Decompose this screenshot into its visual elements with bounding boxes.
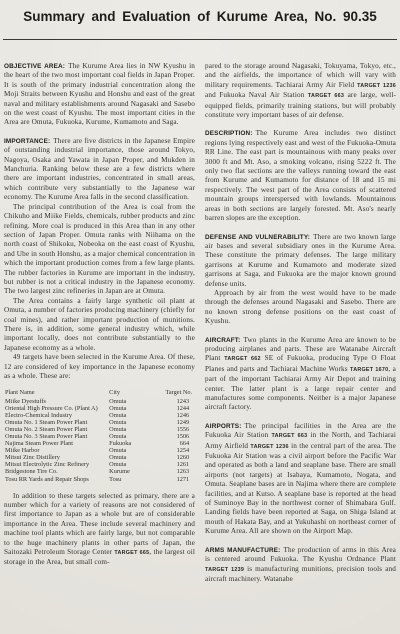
- text-run: in the central part of the area. The Fuk…: [205, 442, 396, 536]
- target-ref: TARGET 663: [271, 433, 307, 439]
- plant-name-cell: Miike Dyestuffs: [5, 398, 109, 405]
- plant-name-cell: Bridgestone Tire Co.: [5, 468, 109, 475]
- plant-name-cell: Omuta No. 2 Steam Power Plant: [5, 426, 109, 433]
- target-no-cell: 1254: [153, 447, 192, 454]
- table-row: Tosu RR Yards and Repair ShopsTosu1271: [5, 476, 192, 483]
- plant-name-cell: Najima Steam Power Plant: [5, 440, 109, 447]
- paragraph: OBJECTIVE AREA:The Kurume Area lies in N…: [4, 62, 195, 128]
- section-label: OBJECTIVE AREA:: [4, 63, 68, 70]
- city-cell: Fukuoka: [109, 440, 153, 447]
- section-label: DESCRIPTION:: [205, 130, 256, 137]
- text-run: The Kurume Area includes two distinct re…: [205, 129, 396, 222]
- table-row: Mitsui Electrolytic Zinc RefineryOmuta12…: [5, 461, 192, 468]
- paragraph: AIRCRAFT:Two plants in the Kurume Area a…: [205, 336, 396, 413]
- text-run: The Kurume Area lies in NW Kyushu in the…: [4, 62, 195, 126]
- key-targets-table: Plant NameCityTarget No.Miike DyestuffsO…: [5, 389, 192, 482]
- target-ref: TARGET 663: [308, 93, 344, 99]
- table-row: Electro-Chemical IndustryOmuta1246: [5, 412, 192, 419]
- table-row: Najima Steam Power PlantFukuoka664: [5, 440, 192, 447]
- text-run: and Fukuoka Naval Air Station: [205, 91, 308, 99]
- plant-name-cell: Omuta No. 1 Steam Power Plant: [5, 419, 109, 426]
- plant-name-cell: Omuta No. 3 Steam Power Plant: [5, 433, 109, 440]
- target-no-cell: 1506: [153, 433, 192, 440]
- city-cell: Tosu: [109, 476, 153, 483]
- plant-name-cell: Oriental High Pressure Co. (Plant A): [5, 405, 109, 412]
- city-cell: Omuta: [109, 405, 153, 412]
- target-ref: TARGET 665: [114, 550, 149, 556]
- left-column: OBJECTIVE AREA:The Kurume Area lies in N…: [4, 62, 195, 584]
- target-no-cell: 1556: [153, 426, 192, 433]
- plant-name-cell: Mitsui Electrolytic Zinc Refinery: [5, 461, 109, 468]
- document-page: Summary and Evaluation of Kurume Area, N…: [0, 0, 400, 634]
- section-label: IMPORTANCE:: [4, 138, 53, 145]
- table-header-row: Plant NameCityTarget No.: [5, 389, 192, 397]
- paragraph: IMPORTANCE:There are five districts in t…: [4, 137, 195, 203]
- text-run: 49 targets have been selected in the Kur…: [4, 353, 195, 380]
- paragraph: DEFENSE AND VULNERABILITY:There are two …: [205, 233, 396, 289]
- city-cell: Omuta: [109, 419, 153, 426]
- city-cell: Omuta: [109, 398, 153, 405]
- target-ref: TARGET 662: [224, 356, 261, 362]
- target-ref: TARGET 1239: [205, 567, 244, 573]
- city-cell: Omuta: [109, 412, 153, 419]
- text-run: The principal contribution of the Area i…: [4, 203, 195, 296]
- paragraph: DESCRIPTION:The Kurume Area includes two…: [205, 129, 396, 223]
- target-no-cell: 1261: [153, 461, 192, 468]
- paragraph: ARMS MANUFACTURE:The production of arms …: [205, 546, 396, 585]
- section-label: DEFENSE AND VULNERABILITY:: [205, 234, 313, 241]
- column-header: Target No.: [153, 389, 192, 397]
- target-ref: TARGET 1670: [350, 367, 388, 373]
- plant-name-cell: Miike Harbor: [5, 447, 109, 454]
- paragraph: Approach by air from the west would have…: [205, 289, 396, 327]
- city-cell: Omuta: [109, 454, 153, 461]
- table-row: Oriental High Pressure Co. (Plant A)Omut…: [5, 405, 192, 412]
- target-no-cell: 1249: [153, 419, 192, 426]
- table-row: Bridgestone Tire Co.Kurume1263: [5, 468, 192, 475]
- target-no-cell: 1260: [153, 454, 192, 461]
- target-no-cell: 1244: [153, 405, 192, 412]
- target-ref: TARGET 1236: [250, 444, 288, 450]
- right-column: pared to the storage around Nagasaki, To…: [205, 62, 396, 584]
- target-no-cell: 1271: [153, 476, 192, 483]
- section-label: ARMS MANUFACTURE:: [205, 547, 283, 554]
- city-cell: Omuta: [109, 426, 153, 433]
- text-run: In addition to these targets selected as…: [4, 492, 195, 556]
- plant-name-cell: Mitsui Zinc Distillery: [5, 454, 109, 461]
- table-row: Miike HarborOmuta1254: [5, 447, 192, 454]
- target-no-cell: 664: [153, 440, 192, 447]
- column-header: Plant Name: [5, 389, 109, 397]
- city-cell: Omuta: [109, 433, 153, 440]
- table-row: Omuta No. 2 Steam Power PlantOmuta1556: [5, 426, 192, 433]
- table-row: Miike DyestuffsOmuta1243: [5, 398, 192, 405]
- table-row: Omuta No. 1 Steam Power PlantOmuta1249: [5, 419, 192, 426]
- page-title: Summary and Evaluation of Kurume Area, N…: [4, 9, 396, 24]
- target-ref: TARGET 1236: [357, 83, 396, 89]
- target-no-cell: 1243: [153, 398, 192, 405]
- section-label: AIRCRAFT:: [205, 337, 243, 344]
- plant-name-cell: Electro-Chemical Industry: [5, 412, 109, 419]
- paragraph: pared to the storage around Nagasaki, To…: [205, 62, 396, 120]
- title-divider: [3, 39, 397, 40]
- text-run: There are five districts in the Japanese…: [4, 137, 195, 201]
- paragraph: In addition to these targets selected as…: [4, 492, 195, 568]
- paragraph: 49 targets have been selected in the Kur…: [4, 353, 195, 381]
- text-run: The Area contains a fairly large synthet…: [4, 297, 195, 352]
- plant-name-cell: Tosu RR Yards and Repair Shops: [5, 476, 109, 483]
- paragraph: The Area contains a fairly large synthet…: [4, 297, 195, 353]
- city-cell: Omuta: [109, 461, 153, 468]
- target-no-cell: 1246: [153, 412, 192, 419]
- table-row: Mitsui Zinc DistilleryOmuta1260: [5, 454, 192, 461]
- text-run: Approach by air from the west would have…: [205, 289, 396, 325]
- paragraph: AIRPORTS:The principal facilities in the…: [205, 422, 396, 537]
- text-columns: OBJECTIVE AREA:The Kurume Area lies in N…: [4, 62, 396, 584]
- paragraph: The principal contribution of the Area i…: [4, 203, 195, 297]
- section-label: AIRPORTS:: [205, 423, 245, 430]
- city-cell: Kurume: [109, 468, 153, 475]
- city-cell: Omuta: [109, 447, 153, 454]
- table-row: Omuta No. 3 Steam Power PlantOmuta1506: [5, 433, 192, 440]
- target-no-cell: 1263: [153, 468, 192, 475]
- column-header: City: [109, 389, 153, 397]
